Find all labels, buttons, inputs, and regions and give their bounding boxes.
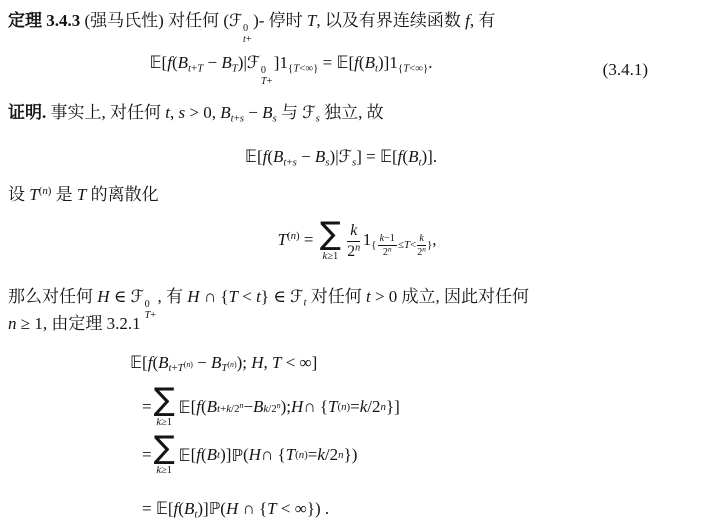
theorem-statement: 定理 3.4.3 (强马氏性) 对任何 (ℱ0t+)- 停时 T, 以及有界连续…: [8, 8, 495, 46]
paragraph-line-2: n ≥ 1, 由定理 3.2.1: [8, 311, 141, 337]
fraction-numerator: k: [347, 222, 360, 242]
math-frac: k2n: [417, 233, 426, 258]
math-c: 与: [277, 103, 303, 122]
math-sub: t+T(n): [169, 362, 193, 374]
math-r: ≥1: [327, 251, 338, 262]
math-c: 停时: [269, 11, 307, 30]
math-c: 成立, 因此对任何: [402, 287, 530, 306]
math-ss: 0t+: [243, 23, 252, 45]
math-r: 2: [347, 243, 355, 260]
math-r: =: [350, 397, 360, 417]
summation-limits: k≥1: [156, 466, 172, 477]
math-i: T: [286, 445, 295, 465]
math-i: B: [408, 147, 418, 166]
equation-math: T(n) = ∑k≥1k2n1{k−12n≤T<k2n},: [278, 219, 437, 263]
math-i: n: [8, 314, 17, 333]
align-line-3: = ∑k≥1𝔼[f(Bt)]ℙ(H ∩ {T(n) = k/2n}): [142, 431, 357, 479]
math-r: −: [193, 353, 211, 372]
math-c: 设: [8, 185, 29, 204]
math-sub: t+s: [283, 156, 296, 168]
math-sup: (n): [287, 230, 300, 242]
document-page: 定理 3.4.3 (强马氏性) 对任何 (ℱ0t+)- 停时 T, 以及有界连续…: [0, 0, 714, 531]
math-sub: t+s: [231, 112, 244, 124]
math-sup: (n): [39, 185, 52, 197]
math-i: B: [178, 53, 188, 72]
math-bb: ℙ: [231, 446, 243, 465]
math-r: )]: [197, 499, 208, 518]
math-bb: ℙ: [209, 499, 221, 518]
math-c: 由定理 3.2.1: [51, 314, 140, 333]
math-i: n: [422, 245, 426, 253]
math-sup: n: [355, 242, 360, 253]
math-r: −: [297, 147, 315, 166]
math-scr: ℱ: [290, 287, 303, 307]
math-r: < ∞]: [281, 353, 317, 372]
math-i: T: [77, 185, 86, 204]
math-i: T: [307, 11, 316, 30]
math-r: );: [281, 397, 291, 417]
math-i: n: [355, 242, 360, 253]
math-i: B: [221, 53, 231, 72]
math-r: > 0,: [185, 103, 220, 122]
math-subscript: T+: [145, 310, 156, 321]
math-i: T: [229, 287, 238, 306]
math-r: 0: [243, 23, 248, 34]
math-scr: ℱ: [247, 53, 260, 73]
math-i: H: [187, 287, 199, 306]
equation-3-4-1-math: 𝔼[f(Bt+T − BT)|ℱ0T+]1{T<∞} = 𝔼[f(Bt)]1{T…: [150, 53, 433, 88]
math-r: }]: [386, 397, 400, 417]
math-c: 独立, 故: [320, 103, 384, 122]
math-c: 有: [166, 287, 187, 306]
math-sub: {T<∞}: [398, 62, 428, 74]
math-cb: 证明.: [8, 103, 46, 122]
math-c: , 有: [470, 11, 496, 30]
math-sup: n: [388, 245, 392, 253]
math-i: B: [365, 53, 375, 72]
math-r: =: [300, 230, 318, 249]
math-i: k: [317, 445, 325, 465]
math-r: )-: [253, 11, 269, 30]
math-sup: n: [422, 245, 426, 253]
math-bb: 𝔼: [179, 398, 191, 417]
math-bb: 𝔼: [150, 53, 162, 72]
math-i: k: [360, 397, 368, 417]
math-sub: {k−12n≤T<k2n}: [371, 239, 432, 251]
math-sup: (n): [184, 360, 193, 369]
math-bb: 𝔼: [179, 446, 191, 465]
equation-discretization: T(n) = ∑k≥1k2n1{k−12n≤T<k2n},: [0, 210, 714, 272]
align-line-4: = 𝔼[f(Bt)]ℙ(H ∩ {T < ∞}) .: [142, 496, 329, 522]
math-r: )]1: [378, 53, 398, 72]
math-sum: ∑k≥1: [320, 219, 341, 263]
equation-math: 𝔼[f(Bt+s − Bs)|ℱs] = 𝔼[f(Bt)].: [245, 147, 437, 167]
math-r: .: [428, 53, 432, 72]
math-sum: ∑k≥1: [154, 433, 175, 477]
math-subscript: T+: [261, 76, 272, 87]
equation-number: (3.4.1): [603, 60, 648, 80]
math-r: ∩ {: [238, 499, 267, 518]
math-r: ]1: [274, 53, 288, 72]
math-frac: k−12n: [378, 233, 397, 258]
math-r: 0: [145, 299, 150, 310]
math-scr: ℱ: [339, 147, 352, 167]
math-r: =: [318, 53, 336, 72]
math-scr: ℱ: [302, 103, 315, 123]
math-cb: 定理 3.4.3: [8, 11, 80, 30]
math-i: H: [251, 353, 263, 372]
fraction-numerator: k−1: [378, 233, 397, 246]
equation-3-4-1: 𝔼[f(Bt+T − BT)|ℱ0T+]1{T<∞} = 𝔼[f(Bt)]1{T…: [0, 52, 714, 88]
math-i: B: [253, 397, 263, 417]
math-r: {: [371, 239, 376, 251]
math-r: ∩ {: [303, 397, 328, 417]
math-r: +: [150, 310, 156, 321]
math-i: B: [273, 147, 283, 166]
summation-sigma-icon: ∑: [320, 219, 341, 250]
math-sub: {T<∞}: [288, 62, 318, 74]
math-r: )]: [220, 445, 231, 465]
math-i: H: [249, 445, 261, 465]
math-sub: k/2n: [263, 406, 280, 409]
math-i: B: [315, 147, 325, 166]
fraction-denominator: 2n: [347, 242, 360, 261]
math-sub: t+k/2n: [217, 406, 243, 409]
math-i: H: [97, 287, 109, 306]
math-r: +: [246, 34, 252, 45]
math-ss: 0T+: [145, 299, 156, 321]
math-r: }): [344, 445, 358, 465]
math-r: −1: [384, 233, 395, 244]
math-r: ,: [158, 287, 167, 306]
math-i: H: [291, 397, 303, 417]
math-c: (强马氏性) 对任何: [80, 11, 223, 30]
math-r: )|: [330, 147, 339, 166]
math-c: , 以及有界连续函数: [316, 11, 465, 30]
math-sub: T(n): [221, 362, 236, 374]
math-bb: 𝔼: [156, 499, 168, 518]
math-i: B: [184, 499, 194, 518]
math-r: −: [243, 397, 253, 417]
math-i: n: [388, 245, 392, 253]
math-r: =: [142, 397, 152, 417]
math-r: ≥ 1,: [17, 314, 52, 333]
math-r: ,: [263, 353, 272, 372]
math-c: 事实上, 对任何: [46, 103, 165, 122]
math-r: <∞}: [409, 62, 428, 74]
math-r: ,: [432, 230, 436, 249]
math-r: ∩ {: [261, 445, 286, 465]
math-frac: k2n: [347, 222, 360, 261]
align-line-2: = ∑k≥1𝔼[f(Bt+k/2n − Bk/2n); H ∩ {T(n) = …: [142, 383, 400, 431]
summation-limits: k≥1: [323, 252, 339, 263]
math-r: ∈: [110, 287, 131, 306]
math-i: k: [419, 233, 424, 244]
math-bb: 𝔼: [130, 353, 142, 372]
math-r: )].: [422, 147, 438, 166]
math-subscript: t+: [243, 34, 252, 45]
math-r: ] =: [356, 147, 380, 166]
math-i: B: [262, 103, 272, 122]
math-c: 那么对任何: [8, 287, 97, 306]
math-r: /2: [367, 397, 380, 417]
math-r: <: [410, 239, 416, 251]
math-c: 对任何: [306, 287, 366, 306]
math-i: B: [207, 397, 217, 417]
math-r: < ∞}) .: [277, 499, 330, 518]
math-ss: 0T+: [261, 65, 272, 87]
math-c: 是: [51, 185, 77, 204]
align-line-1: 𝔼[f(Bt+T(n) − BT(n)); H, T < ∞]: [130, 350, 317, 376]
math-r: <: [238, 287, 256, 306]
math-r: /2: [231, 402, 239, 414]
math-r: /2: [268, 402, 276, 414]
math-scr: ℱ: [131, 287, 144, 307]
math-bb: 𝔼: [245, 147, 257, 166]
math-r: −: [203, 53, 221, 72]
math-superscript: 0: [261, 65, 266, 76]
summation-sigma-icon: ∑: [154, 385, 175, 416]
math-i: T: [328, 397, 337, 417]
math-i: B: [158, 353, 168, 372]
summation-limits: k≥1: [156, 418, 172, 429]
math-r: <∞}: [299, 62, 318, 74]
math-sum: ∑k≥1: [154, 385, 175, 429]
math-r: ≥1: [161, 465, 172, 476]
math-r: /2: [325, 445, 338, 465]
math-r: =: [142, 445, 152, 465]
math-r: =: [308, 445, 318, 465]
math-r: } ∈: [261, 287, 290, 306]
summation-sigma-icon: ∑: [154, 433, 175, 464]
math-i: T: [278, 230, 287, 249]
math-superscript: 0: [145, 299, 150, 310]
proof-paragraph: 证明. 事实上, 对任何 t, s > 0, Bt+s − Bs 与 ℱs 独立…: [8, 100, 384, 126]
math-i: B: [207, 445, 217, 465]
discretization-intro: 设 T(n) 是 T 的离散化: [8, 182, 159, 208]
math-r: )|: [238, 53, 247, 72]
math-sup: (n): [227, 360, 236, 369]
math-r: ≥1: [161, 417, 172, 428]
math-r: ∩ {: [200, 287, 229, 306]
math-scr: ℱ: [229, 11, 242, 31]
math-i: B: [211, 353, 221, 372]
math-superscript: 0: [243, 23, 248, 34]
fraction-denominator: 2n: [417, 246, 426, 258]
equation-increment-independence: 𝔼[f(Bt+s − Bs)|ℱs] = 𝔼[f(Bt)].: [0, 142, 714, 172]
fraction-denominator: 2n: [383, 246, 392, 258]
math-r: > 0: [371, 287, 402, 306]
math-sub: t+T: [188, 62, 203, 74]
math-i: k: [350, 222, 357, 239]
math-bb: 𝔼: [380, 147, 392, 166]
math-i: T: [267, 499, 276, 518]
math-r: 1: [363, 230, 372, 249]
math-bb: 𝔼: [336, 53, 348, 72]
math-r: );: [237, 353, 252, 372]
math-r: −: [244, 103, 262, 122]
math-c: 的离散化: [86, 185, 158, 204]
math-i: B: [220, 103, 230, 122]
math-r: =: [142, 499, 156, 518]
math-r: 0: [261, 65, 266, 76]
math-i: H: [226, 499, 238, 518]
math-i: T: [29, 185, 38, 204]
math-r: +: [267, 76, 273, 87]
fraction-numerator: k: [417, 233, 426, 246]
